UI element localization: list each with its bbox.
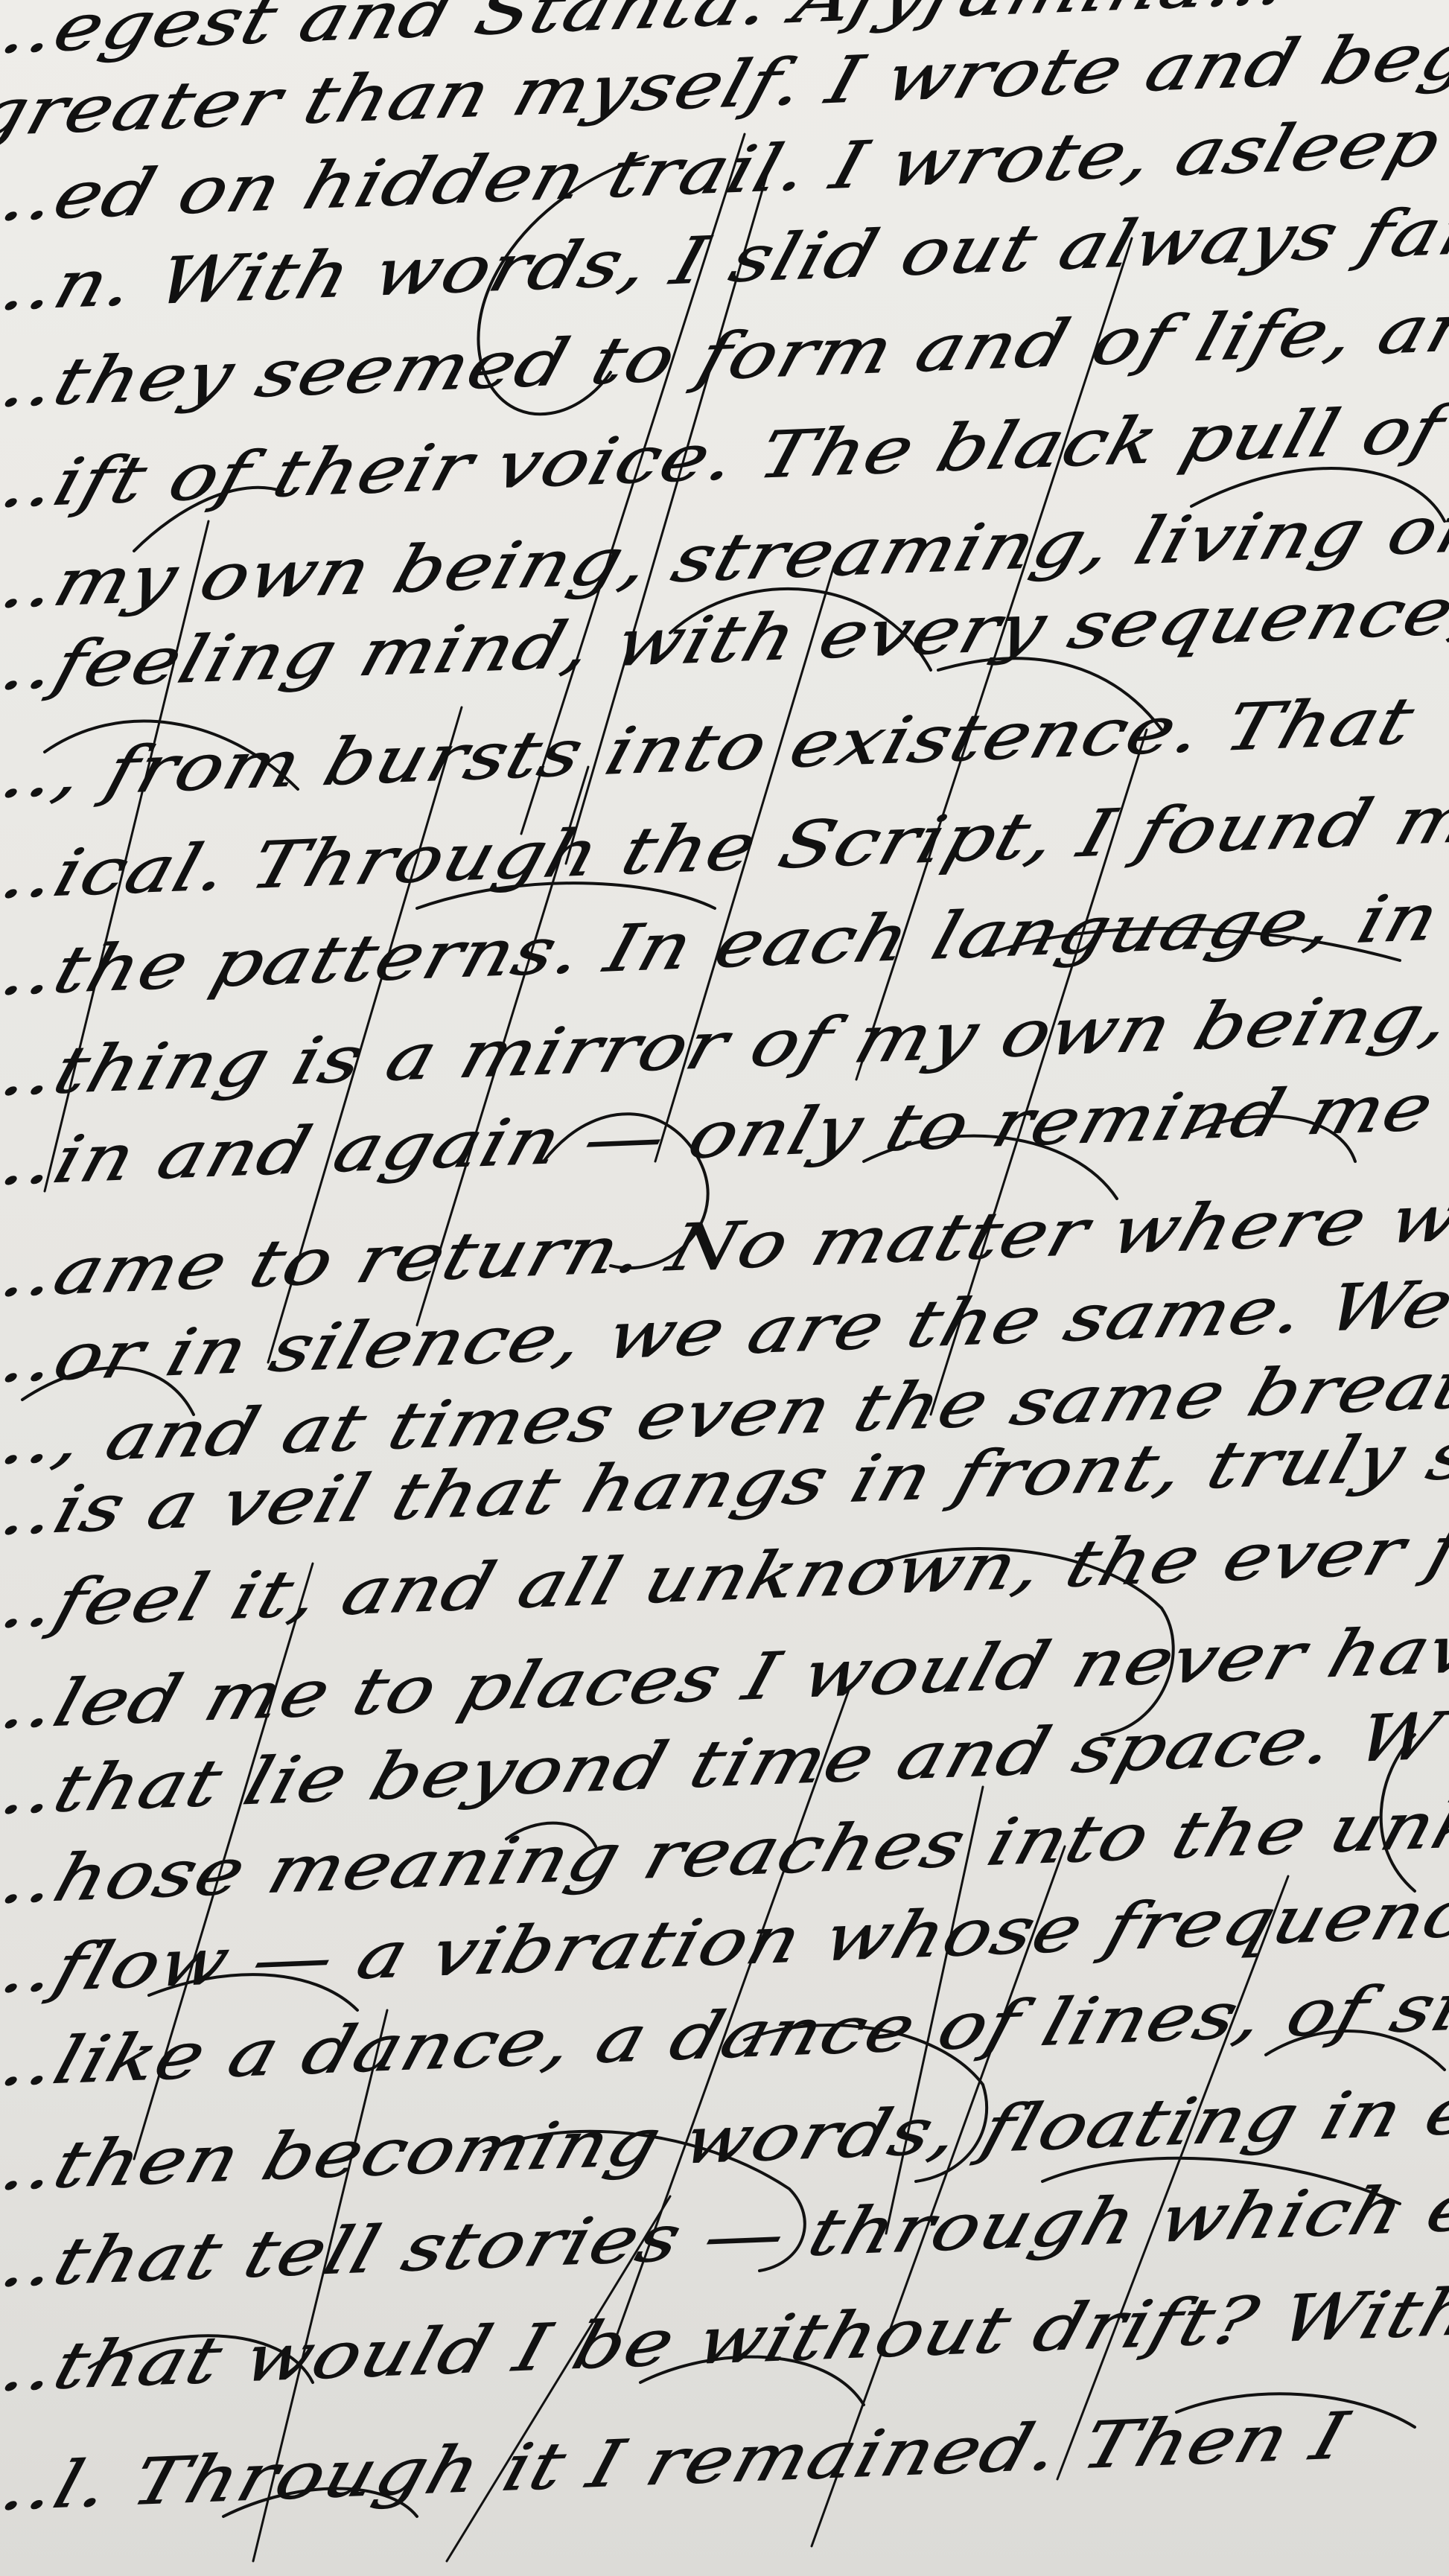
handwritten-line: …that would I be without drift? Within (0, 2277, 1449, 2401)
handwritten-line: …l. Through it I remained. Then I (0, 2403, 1355, 2520)
handwritten-line: …, from bursts into existence. That (0, 689, 1421, 808)
handwritten-paper-sheet: …egest and Stanta. Afyfumina… greater th… (0, 0, 1449, 2576)
